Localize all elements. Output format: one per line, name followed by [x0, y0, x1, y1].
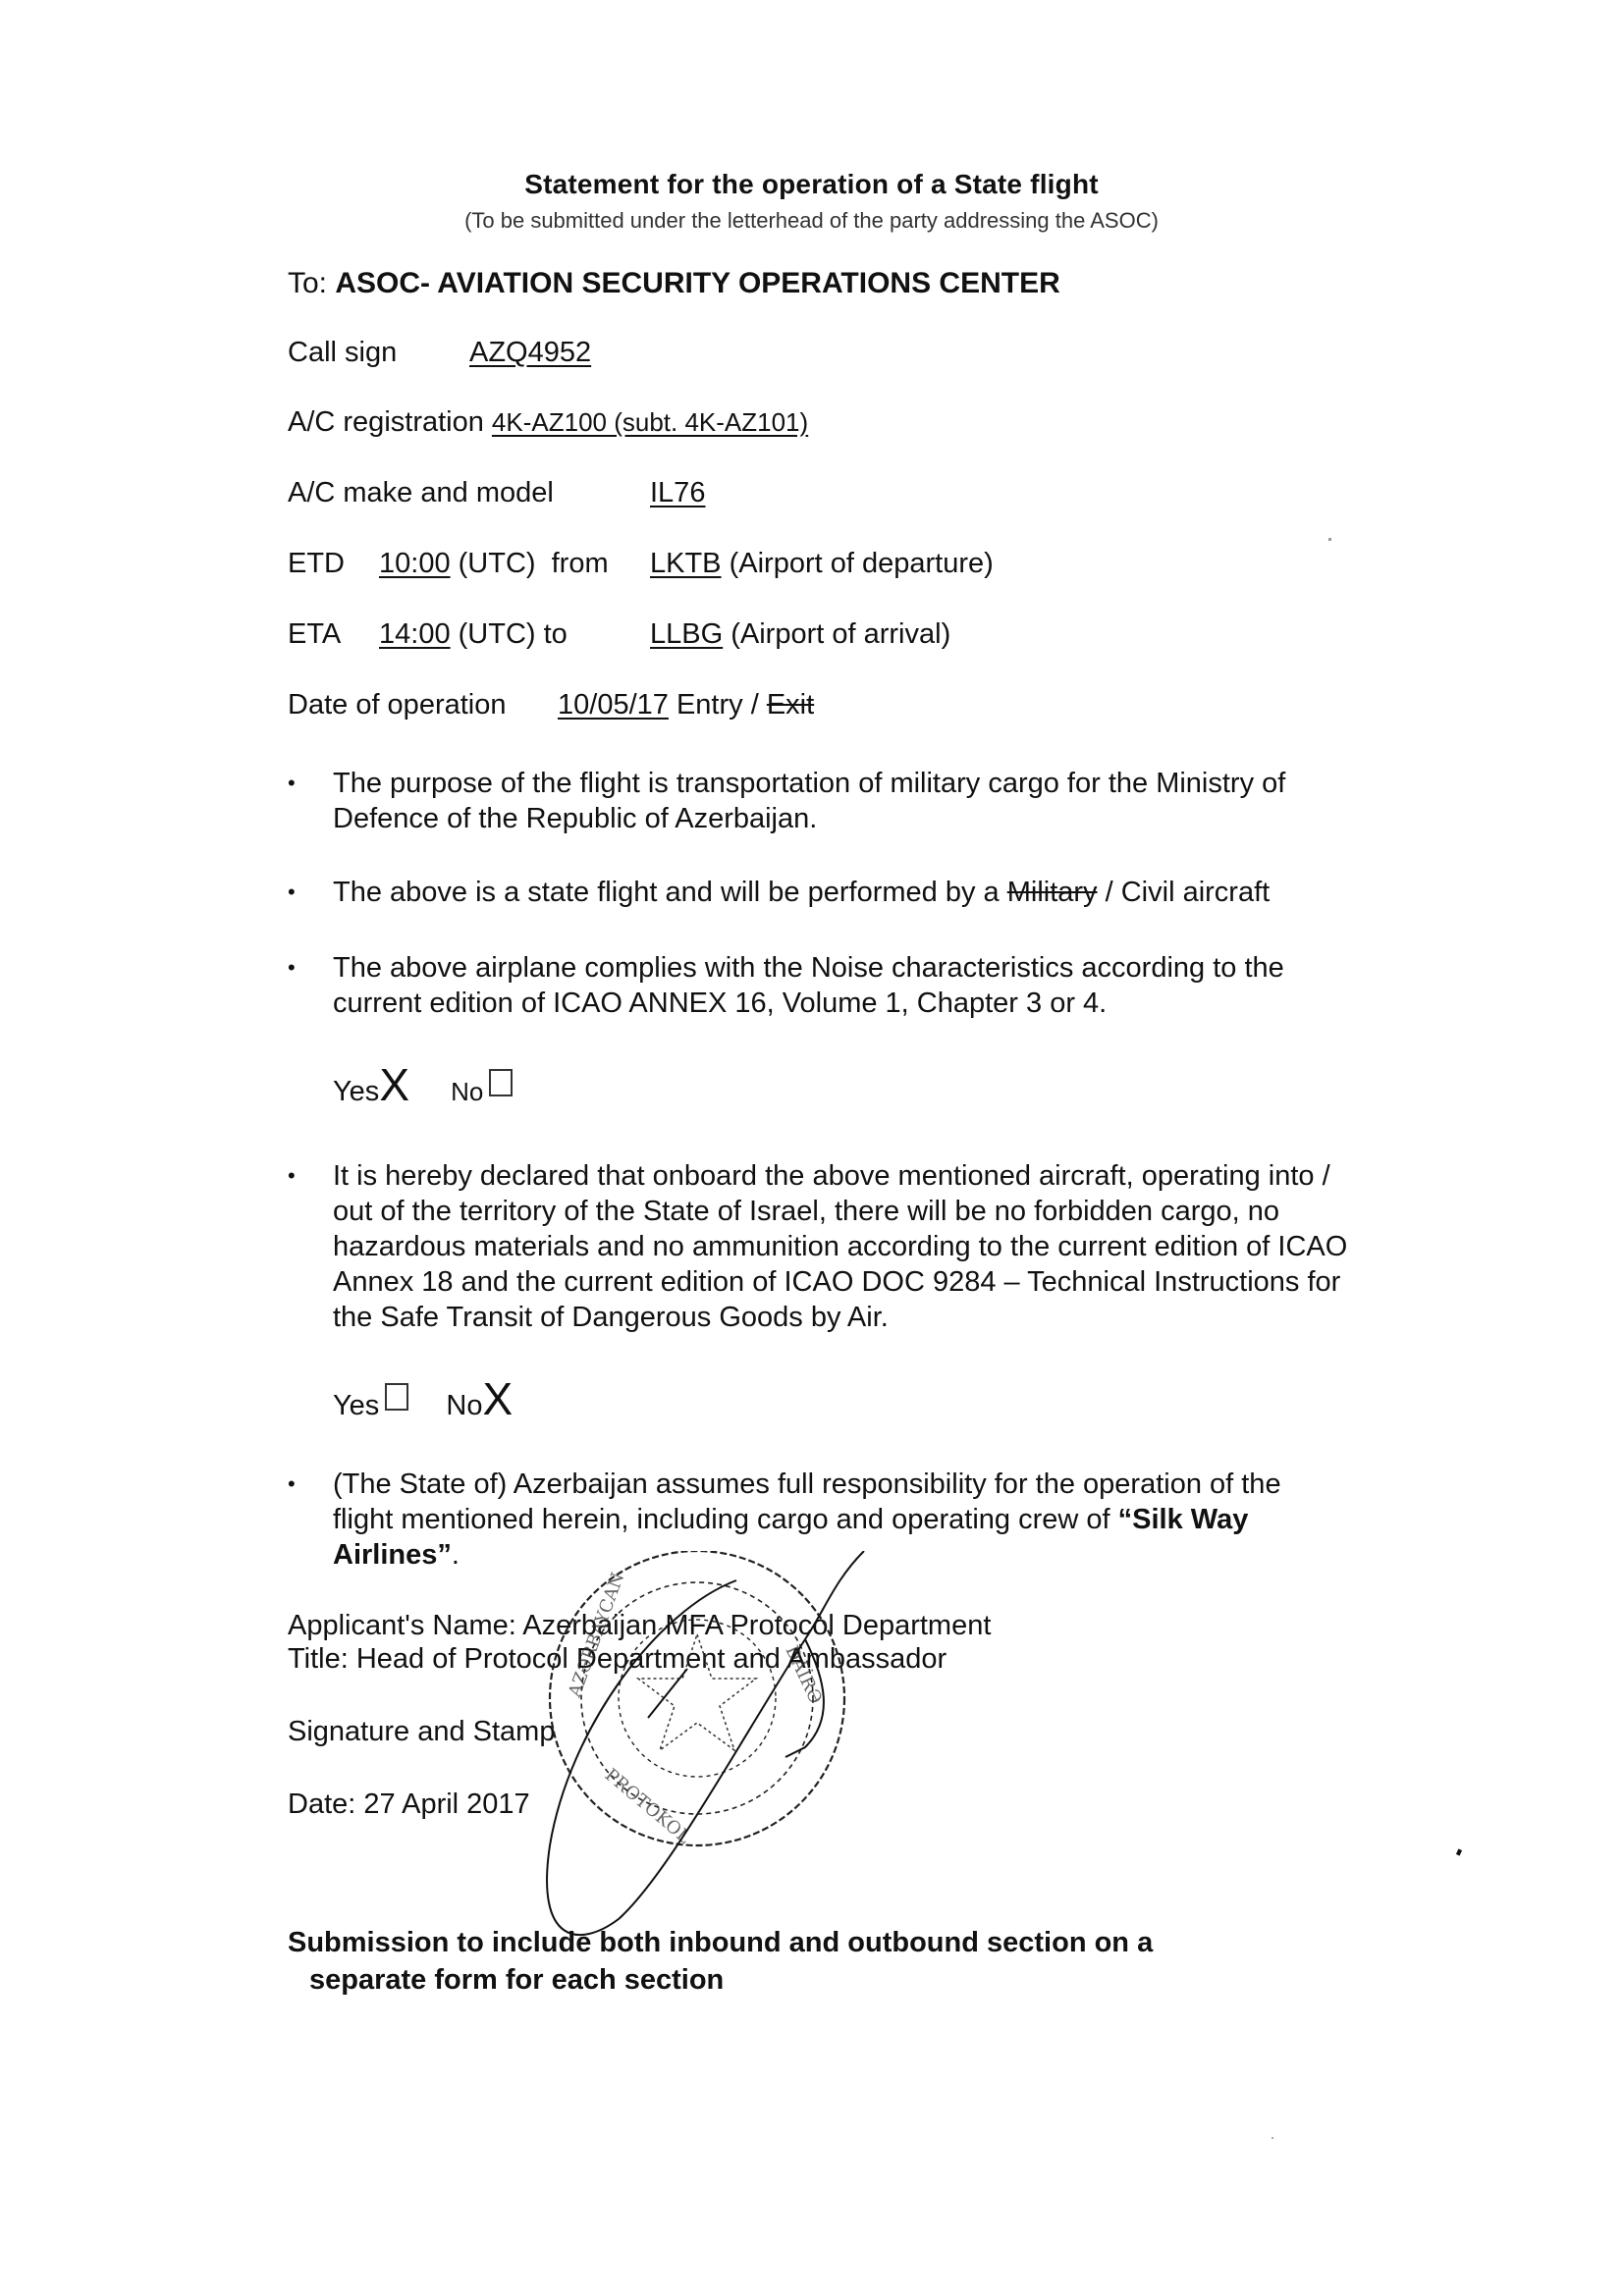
registration-value: 4K-AZ100 (subt. 4K-AZ101)	[492, 407, 808, 437]
bullet-text-group: The above is a state flight and will be …	[333, 875, 1348, 910]
call-sign-row: Call sign	[288, 337, 397, 369]
scan-speck	[1456, 1848, 1462, 1855]
eta-airport-note: (Airport of arrival)	[730, 618, 950, 650]
noise-yes-checkmark-x[interactable]: X	[379, 1059, 409, 1110]
bullet-text: The above is a state flight and will be …	[333, 877, 1000, 908]
etd-label: ETD	[288, 548, 345, 580]
submission-note-line1: Submission to include both inbound and o…	[288, 1927, 1153, 1958]
bullet-text-group: (The State of) Azerbaijan assumes full r…	[333, 1467, 1348, 1573]
etd-time-group: 10:00 (UTC) from	[379, 548, 609, 580]
recipient-line: To: ASOC- AVIATION SECURITY OPERATIONS C…	[288, 267, 1060, 300]
signed-date: 27 April 2017	[363, 1789, 529, 1820]
bullet-icon: •	[288, 1158, 296, 1194]
registration-row: A/C registration 4K-AZ100 (subt. 4K-AZ10…	[288, 406, 808, 439]
bullet-icon: •	[288, 875, 296, 910]
date-label: Date:	[288, 1789, 355, 1820]
document-page: Statement for the operation of a State f…	[0, 0, 1623, 2296]
noise-no-checkbox[interactable]	[489, 1069, 513, 1096]
registration-label: A/C registration	[288, 406, 484, 438]
bullet-icon: •	[288, 950, 296, 986]
applicant-title-label: Title:	[288, 1643, 349, 1675]
dg-no-checkmark-x[interactable]: X	[482, 1373, 513, 1424]
etd-timezone: (UTC)	[459, 548, 536, 579]
signature-label: Signature and Stamp	[288, 1716, 555, 1748]
entry-option: Entry	[676, 689, 743, 721]
etd-airport-group: LKTB (Airport of departure)	[650, 548, 994, 580]
applicant-name-row: Applicant's Name: Azerbaijan MFA Protoco…	[288, 1610, 991, 1642]
bullet-text: The purpose of the flight is transportat…	[333, 766, 1348, 836]
submission-note: Submission to include both inbound and o…	[288, 1924, 1270, 1999]
etd-airport: LKTB	[650, 548, 722, 579]
eta-time-group: 14:00 (UTC) to	[379, 618, 568, 651]
bullet-icon: •	[288, 1467, 296, 1502]
bullet-aircraft-type: • The above is a state flight and will b…	[288, 875, 1348, 910]
bullet-dangerous-goods: • It is hereby declared that onboard the…	[288, 1158, 1348, 1335]
eta-label: ETA	[288, 618, 341, 651]
dangerous-goods-answer: Yes NoX	[333, 1372, 513, 1425]
eta-timezone: (UTC)	[459, 618, 536, 650]
call-sign-value: AZQ4952	[469, 337, 591, 369]
applicant-title-row: Title: Head of Protocol Department and A…	[288, 1643, 947, 1676]
etd-airport-note: (Airport of departure)	[730, 548, 994, 579]
etd-connector: from	[552, 548, 609, 579]
document-title: Statement for the operation of a State f…	[0, 169, 1623, 200]
dg-no-label: No	[446, 1390, 482, 1421]
exit-option-struck: Exit	[767, 689, 814, 721]
bullet-icon: •	[288, 766, 296, 801]
make-model-value: IL76	[650, 477, 705, 509]
scan-speck	[1271, 2137, 1273, 2139]
document-subtitle: (To be submitted under the letterhead of…	[0, 208, 1623, 234]
svg-text:PROTOKOL: PROTOKOL	[601, 1765, 694, 1848]
military-option-struck: Military	[1007, 877, 1098, 908]
noise-yes-label: Yes	[333, 1076, 379, 1107]
call-sign-label: Call sign	[288, 337, 397, 368]
etd-time: 10:00	[379, 548, 451, 579]
bullet-noise: • The above airplane complies with the N…	[288, 950, 1348, 1021]
bullet-text: It is hereby declared that onboard the a…	[333, 1158, 1348, 1335]
date-of-operation-label: Date of operation	[288, 689, 506, 721]
option-separator: /	[751, 689, 759, 721]
applicant-name: Azerbaijan MFA Protocol Department	[522, 1610, 991, 1641]
date-of-operation-value: 10/05/17	[558, 689, 669, 721]
bullet-text-after: .	[452, 1539, 460, 1571]
bullet-purpose: • The purpose of the flight is transport…	[288, 766, 1348, 836]
applicant-name-label: Applicant's Name:	[288, 1610, 516, 1641]
bullet-text-after: / Civil aircraft	[1106, 877, 1271, 908]
bullet-responsibility: • (The State of) Azerbaijan assumes full…	[288, 1467, 1348, 1573]
eta-time: 14:00	[379, 618, 451, 650]
date-of-operation-group: 10/05/17 Entry / Exit	[558, 689, 814, 721]
eta-airport-group: LLBG (Airport of arrival)	[650, 618, 950, 651]
noise-answer: YesX No	[333, 1058, 513, 1111]
eta-connector: to	[544, 618, 568, 650]
noise-no-label: No	[451, 1077, 483, 1106]
make-model-label: A/C make and model	[288, 477, 554, 509]
to-label: To:	[288, 267, 327, 299]
dg-yes-checkbox[interactable]	[385, 1383, 408, 1411]
bullet-text: The above airplane complies with the Noi…	[333, 950, 1348, 1021]
recipient: ASOC- AVIATION SECURITY OPERATIONS CENTE…	[335, 267, 1059, 299]
date-row: Date: 27 April 2017	[288, 1789, 530, 1821]
applicant-title: Head of Protocol Department and Ambassad…	[356, 1643, 947, 1675]
eta-airport: LLBG	[650, 618, 723, 650]
scan-speck	[1328, 538, 1331, 541]
submission-note-line2: separate form for each section	[288, 1961, 1270, 1999]
dg-yes-label: Yes	[333, 1390, 379, 1421]
